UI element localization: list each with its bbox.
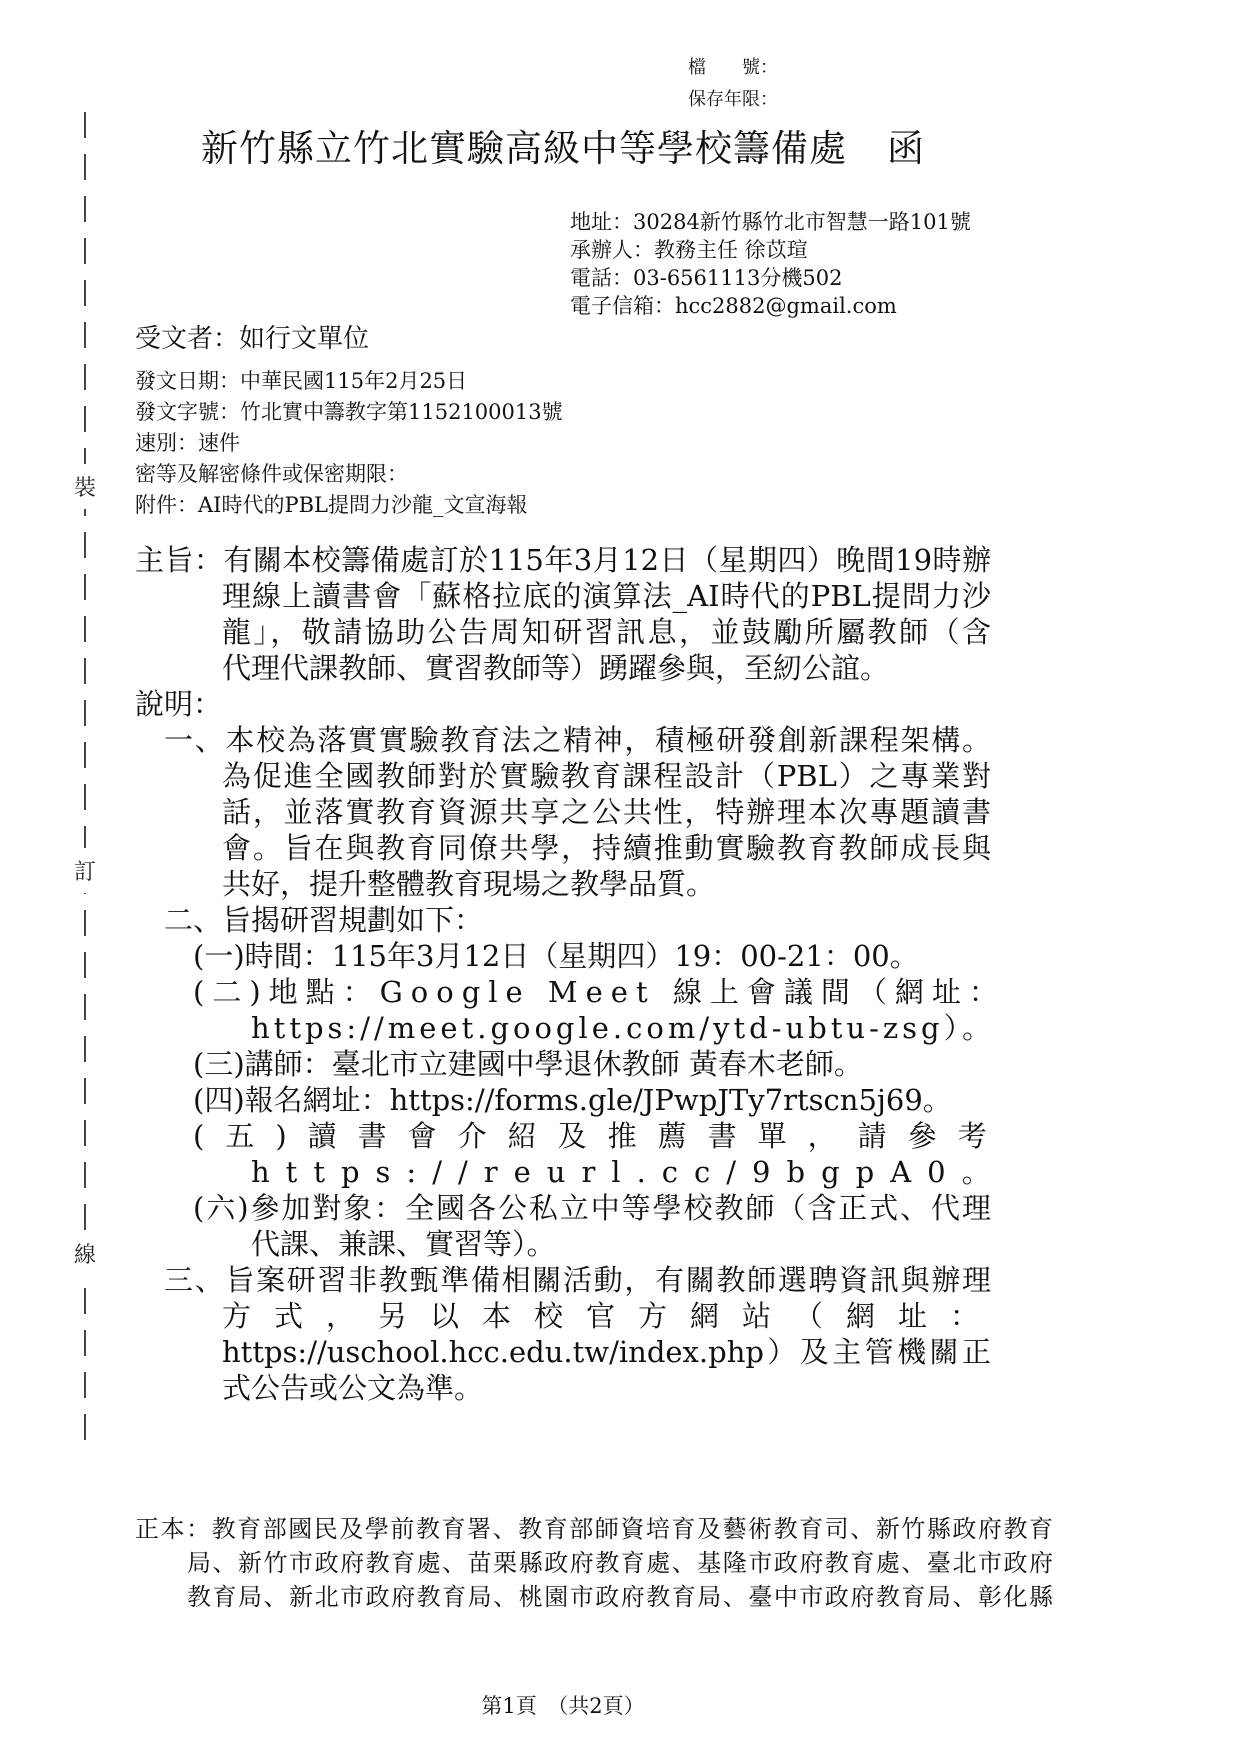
doc-meta-block: 發文日期：中華民國115年2月25日 發文字號：竹北實中籌教字第11521000… [135, 366, 563, 521]
subject-line-1: 主旨：有關本校籌備處訂於115年3月12日（星期四）晚間19時辦 [135, 542, 991, 578]
subject-line-4: 代理代課教師、實習教師等）踴躍參與，至紉公誼。 [135, 650, 991, 686]
explanation-item2-label: 二、旨揭研習規劃如下： [135, 902, 991, 938]
lecturer-line: (三)講師：臺北市立建國中學退休教師 黃春木老師。 [135, 1046, 991, 1082]
explanation-item1-line2: 為促進全國教師對於實驗教育課程設計（PBL）之專業對 [135, 758, 991, 794]
file-number-label: 檔 號： [688, 52, 778, 84]
doc-number-line: 發文字號：竹北實中籌教字第1152100013號 [135, 397, 563, 428]
copies-line-1: 正本：教育部國民及學前教育署、教育部師資培育及藝術教育司、新竹縣政府教育 [135, 1512, 1053, 1546]
booklist-intro-line: (五)讀書會介紹及推薦書單，請參考 [135, 1118, 991, 1154]
speed-level-line: 速別：速件 [135, 428, 563, 459]
file-number-block: 檔 號： 保存年限： [688, 52, 778, 116]
binding-mark-xian: 線 [73, 1231, 97, 1276]
page-footer: 第1頁 （共2頁） [135, 1690, 991, 1720]
explanation-label: 說明： [135, 686, 991, 722]
security-level-line: 密等及解密條件或保密期限： [135, 459, 563, 490]
sender-contact-person: 承辦人：教務主任 徐苡瑄 [570, 236, 971, 264]
participants-line1: (六)參加對象：全國各公私立中等學校教師（含正式、代理 [135, 1190, 991, 1226]
explanation-item3-line1: 三、旨案研習非教甄準備相關活動，有關教師選聘資訊與辦理 [135, 1262, 991, 1298]
sender-address: 地址：30284新竹縣竹北市智慧一路101號 [570, 208, 971, 236]
participants-line2: 代課、兼課、實習等）。 [135, 1226, 991, 1262]
meet-url-line: https://meet.google.com/ytd-ubtu-zsg）。 [135, 1010, 991, 1046]
document-page: 檔 號： 保存年限： 裝 訂 線 新竹縣立竹北實驗高級中等學校籌備處函 地址：3… [0, 0, 1240, 1755]
explanation-item1-line3: 話，並落實教育資源共享之公共性，特辦理本次專題讀書 [135, 794, 991, 830]
issue-date-line: 發文日期：中華民國115年2月25日 [135, 366, 563, 397]
schedule-time-line: (一)時間：115年3月12日（星期四）19：00-21：00。 [135, 938, 991, 974]
subject-line-3: 龍」，敬請協助公告周知研習訊息，並鼓勵所屬教師（含 [135, 614, 991, 650]
binding-mark-zhuang: 裝 [73, 464, 97, 509]
recipient-line: 受文者：如行文單位 [135, 318, 369, 355]
binding-edge: 裝 訂 線 [84, 112, 86, 1442]
doc-type-label: 函 [887, 127, 925, 170]
explanation-item1-line4: 會。旨在與教育同僚共學，持續推動實驗教育教師成長與 [135, 830, 991, 866]
copies-block: 正本：教育部國民及學前教育署、教育部師資培育及藝術教育司、新竹縣政府教育 局、新… [135, 1512, 1053, 1614]
document-title: 新竹縣立竹北實驗高級中等學校籌備處函 [135, 118, 991, 172]
sender-info-block: 地址：30284新竹縣竹北市智慧一路101號 承辦人：教務主任 徐苡瑄 電話：0… [570, 208, 971, 320]
registration-url-line: (四)報名網址：https://forms.gle/JPwpJTy7rtscn5… [135, 1082, 991, 1118]
booklist-url-line: https://reurl.cc/9bgpA0。 [135, 1154, 991, 1190]
retention-period-label: 保存年限： [688, 84, 778, 116]
binding-mark-ding: 訂 [73, 848, 97, 893]
explanation-item1-line5: 共好，提升整體教育現場之教學品質。 [135, 866, 991, 902]
schedule-place-line: (二)地點：Google Meet 線上會議間（網址： [135, 974, 991, 1010]
explanation-item3-line2: 方式，另以本校官方網站（網址： [135, 1298, 991, 1334]
issuing-org-name: 新竹縣立竹北實驗高級中等學校籌備處 [201, 127, 847, 170]
sender-phone: 電話：03-6561113分機502 [570, 264, 971, 292]
explanation-item3-line4: 式公告或公文為準。 [135, 1370, 991, 1406]
subject-line-2: 理線上讀書會「蘇格拉底的演算法_AI時代的PBL提問力沙 [135, 578, 991, 614]
copies-line-2: 局、新竹市政府教育處、苗栗縣政府教育處、基隆市政府教育處、臺北市政府 [135, 1546, 1053, 1580]
doc-body: 主旨：有關本校籌備處訂於115年3月12日（星期四）晚間19時辦 理線上讀書會「… [135, 542, 991, 1406]
copies-line-3: 教育局、新北市政府教育局、桃園市政府教育局、臺中市政府教育局、彰化縣 [135, 1580, 1053, 1614]
explanation-item1-line1: 一、本校為落實實驗教育法之精神，積極研發創新課程架構。 [135, 722, 991, 758]
attachment-line: 附件：AI時代的PBL提問力沙龍_文宣海報 [135, 490, 563, 521]
school-site-url-line: https://uschool.hcc.edu.tw/index.php）及主管… [135, 1334, 991, 1370]
sender-email: 電子信箱：hcc2882@gmail.com [570, 292, 971, 320]
